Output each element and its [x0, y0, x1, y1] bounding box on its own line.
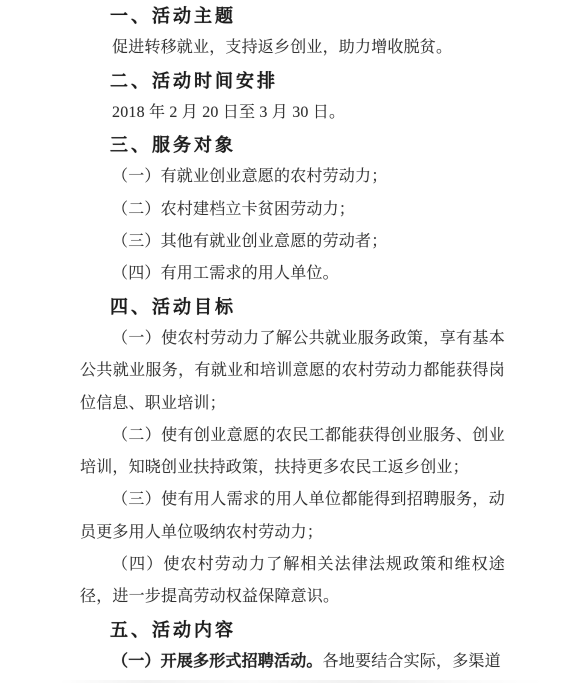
body-line: （一）开展多形式招聘活动。各地要结合实际，多渠道: [80, 646, 505, 678]
scan-artifact: [60, 680, 545, 683]
body-line: （四）有用工需求的用人单位。: [80, 258, 505, 290]
body-line: 位信息、职业培训；: [80, 388, 505, 420]
body-line: （三）其他有就业创业意愿的劳动者；: [80, 226, 505, 258]
scanned-document-page: 一、活动主题 促进转移就业，支持返乡创业，助力增收脱贫。 二、活动时间安排 20…: [0, 0, 585, 684]
body-line: （二）农村建档立卡贫困劳动力；: [80, 194, 505, 226]
document-text-block: 一、活动主题 促进转移就业，支持返乡创业，助力增收脱贫。 二、活动时间安排 20…: [80, 0, 505, 678]
body-line: （二）使有创业意愿的农民工都能获得创业服务、创业: [80, 420, 505, 452]
heading-activity-goals: 四、活动目标: [80, 291, 505, 323]
paragraph-rest: 各地要结合实际，多渠道: [323, 653, 501, 670]
heading-service-targets: 三、服务对象: [80, 129, 505, 161]
heading-activity-content: 五、活动内容: [80, 614, 505, 646]
body-line: （一）有就业创业意愿的农村劳动力；: [80, 161, 505, 193]
body-line: （四）使农村劳动力了解相关法律法规政策和维权途: [80, 549, 505, 581]
body-line: 员更多用人单位吸纳农村劳动力；: [80, 517, 505, 549]
paragraph-lead-bold: （一）开展多形式招聘活动。: [112, 653, 323, 670]
body-line: （三）使有用人需求的用人单位都能得到招聘服务，动: [80, 484, 505, 516]
heading-activity-theme: 一、活动主题: [80, 0, 505, 32]
body-line: 2018 年 2 月 20 日至 3 月 30 日。: [80, 97, 505, 129]
body-line: （一）使农村劳动力了解公共就业服务政策，享有基本: [80, 323, 505, 355]
body-line: 径，进一步提高劳动权益保障意识。: [80, 581, 505, 613]
body-line: 公共就业服务，有就业和培训意愿的农村劳动力都能获得岗: [80, 355, 505, 387]
body-line: 培训，知晓创业扶持政策，扶持更多农民工返乡创业；: [80, 452, 505, 484]
heading-activity-schedule: 二、活动时间安排: [80, 65, 505, 97]
body-line: 促进转移就业，支持返乡创业，助力增收脱贫。: [80, 32, 505, 64]
